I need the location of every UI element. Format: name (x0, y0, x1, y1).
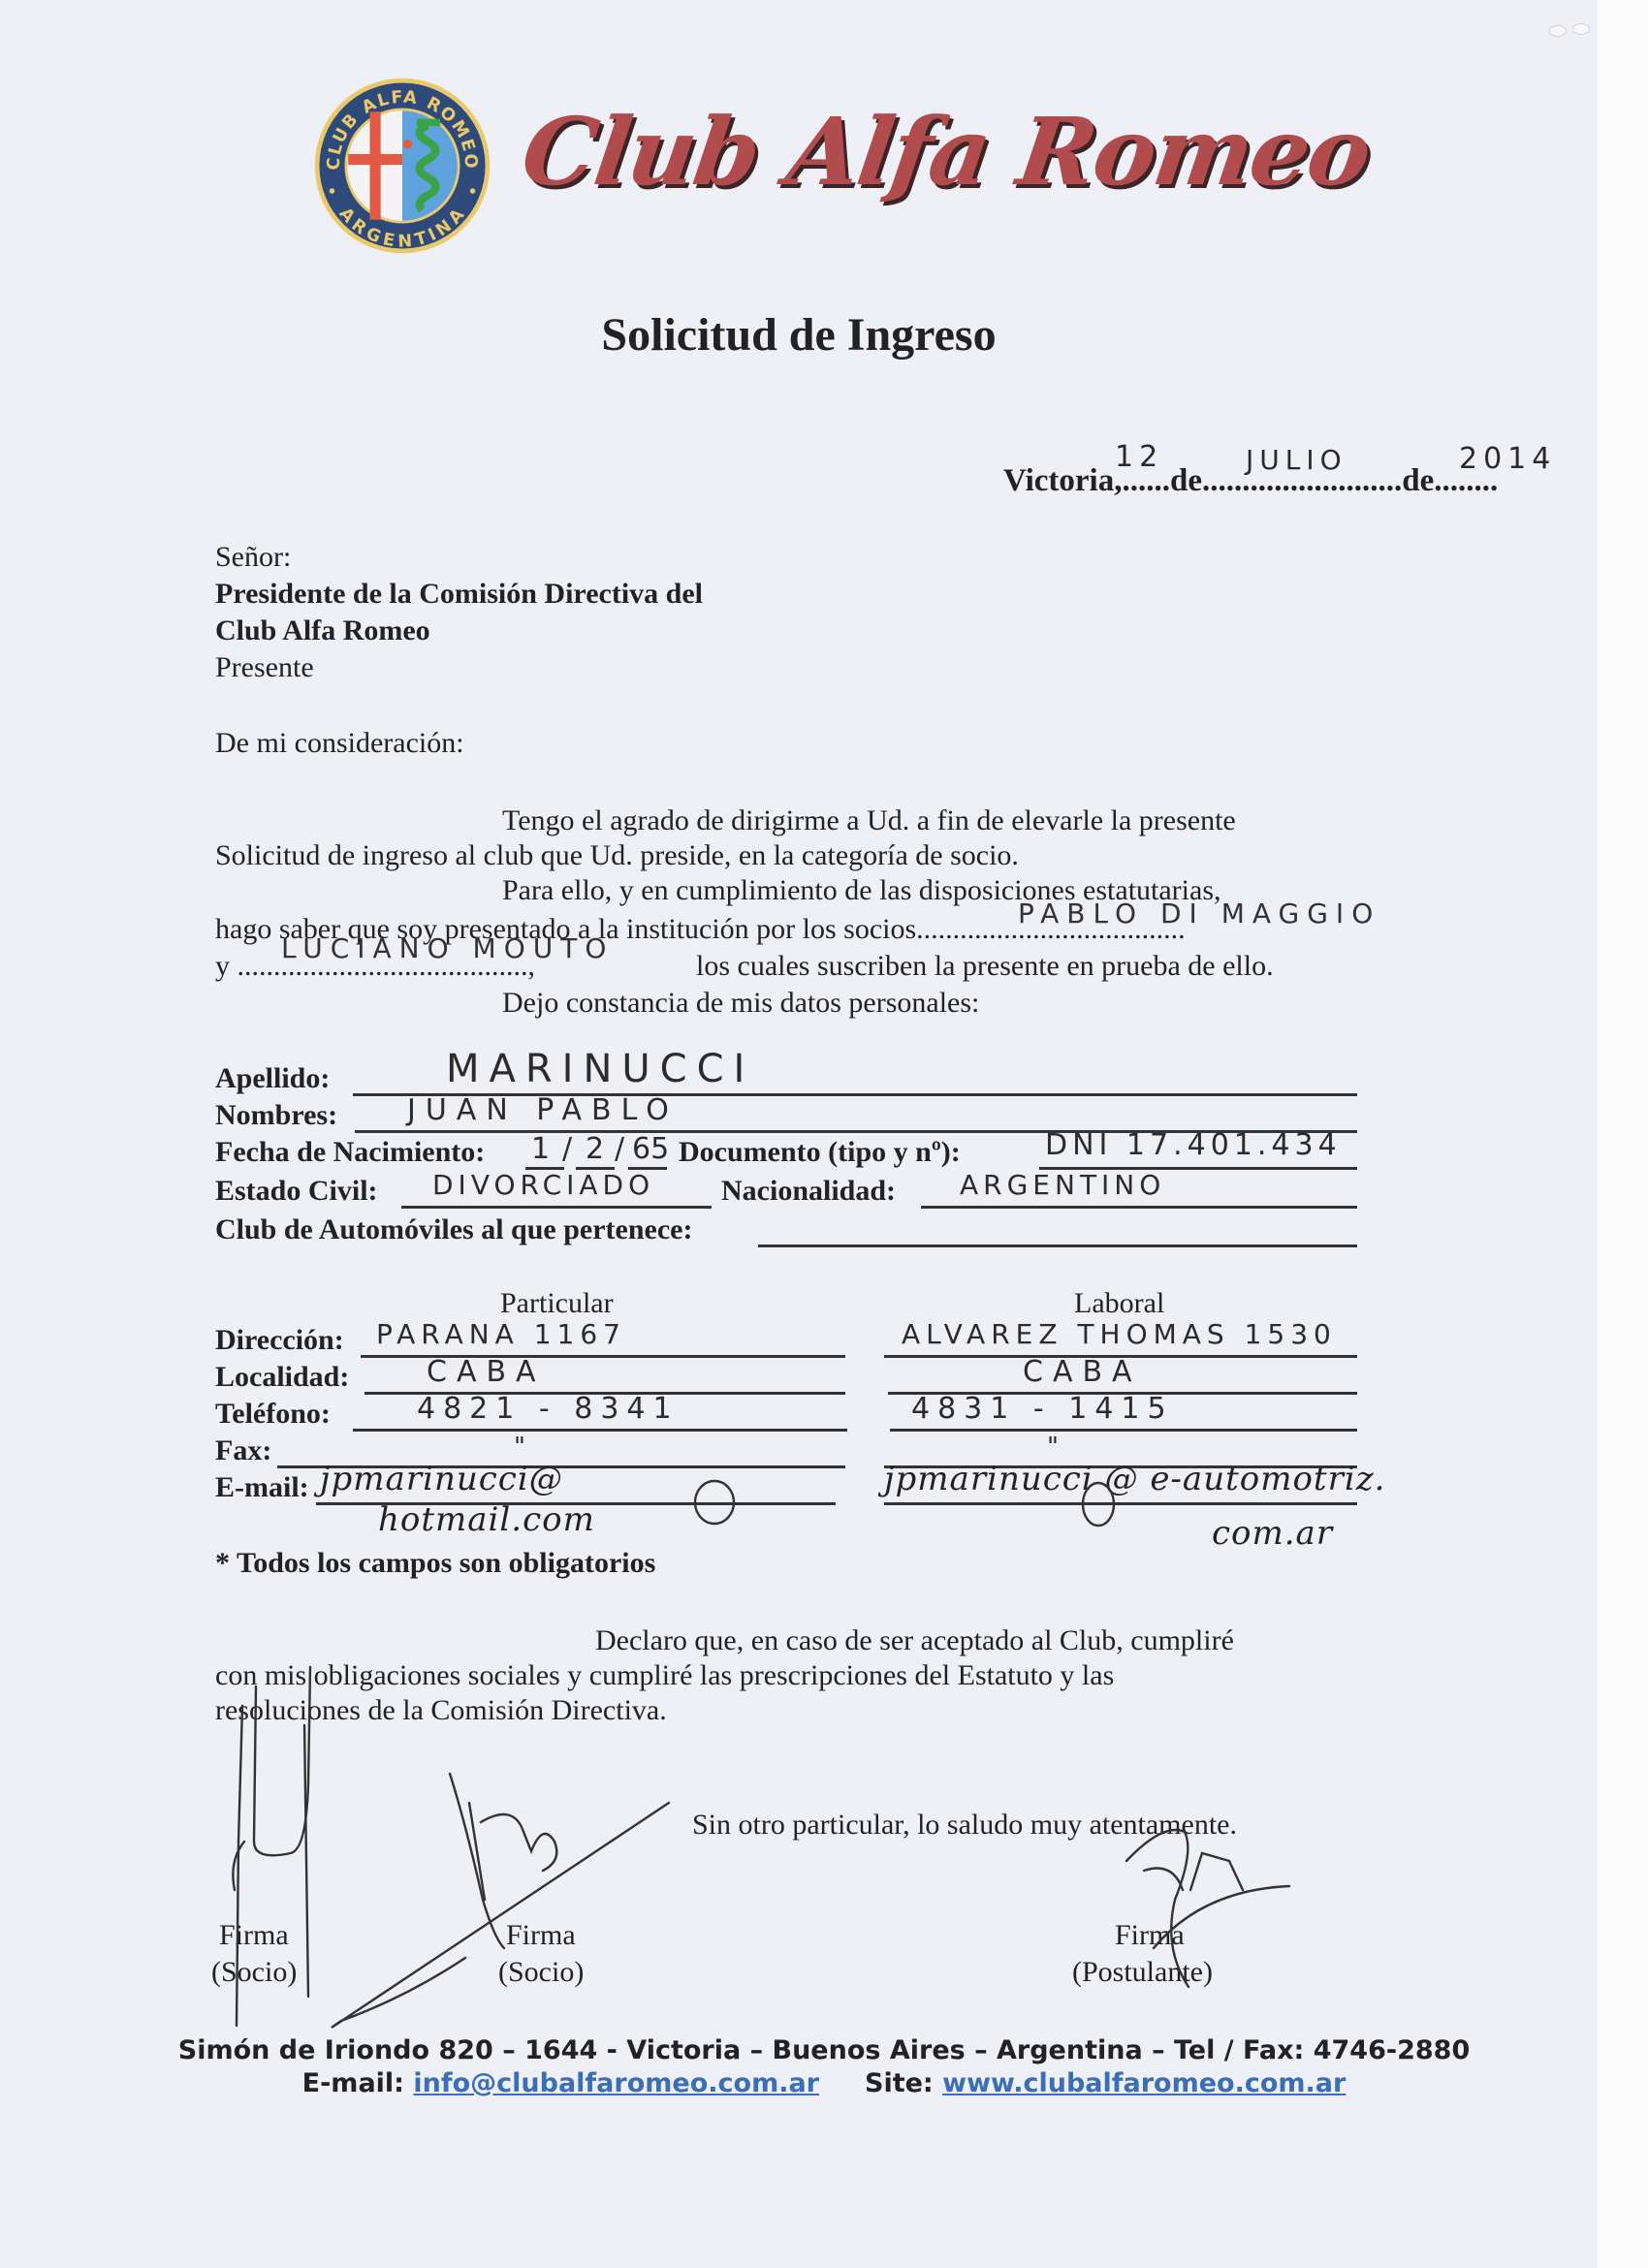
footer-contact: E-mail: info@clubalfaromeo.com.ar Site: … (0, 2068, 1648, 2098)
punch-hole (1572, 23, 1590, 35)
documento-label: Documento (tipo y nº): (679, 1136, 961, 1169)
footer-site-link[interactable]: www.clubalfaromeo.com.ar (942, 2068, 1346, 2098)
estado-civil-underline (401, 1206, 712, 1209)
signature-3-role: (Postulante) (1072, 1956, 1213, 1989)
particular-email-field-cont: hotmail.com (378, 1500, 595, 1539)
particular-telefono-field[interactable]: 4821 - 8341 (417, 1392, 680, 1426)
date-month-value: JULIO (1246, 444, 1347, 476)
nombres-field[interactable]: JUAN PABLO (407, 1093, 679, 1127)
direccion-label: Dirección: (215, 1324, 344, 1357)
laboral-fax-field[interactable]: " (1047, 1433, 1068, 1462)
date-day-value: 12 (1115, 440, 1163, 474)
body-p1-line2: Solicitud de ingreso al club que Ud. pre… (215, 839, 1019, 872)
documento-field[interactable]: DNI 17.401.434 (1045, 1128, 1342, 1162)
nacionalidad-underline (921, 1206, 1357, 1209)
apellido-label: Apellido: (215, 1062, 330, 1095)
addressee-line-2: Club Alfa Romeo (215, 614, 430, 647)
body-p1-line1: Tengo el agrado de dirigirme a Ud. a fin… (502, 804, 1236, 837)
localidad-label: Localidad: (215, 1361, 349, 1394)
body-p3: Dejo constancia de mis datos personales: (502, 987, 979, 1020)
nacimiento-year-field[interactable]: 65 (632, 1132, 669, 1166)
addressee-line-1: Presidente de la Comisión Directiva del (215, 578, 703, 611)
nacimiento-label: Fecha de Nacimiento: (215, 1136, 485, 1169)
nacionalidad-label: Nacionalidad: (721, 1175, 896, 1208)
telefono-label: Teléfono: (215, 1398, 331, 1431)
laboral-direccion-field[interactable]: ALVAREZ THOMAS 1530 (902, 1318, 1337, 1350)
declaration-line1: Declaro que, en caso de ser aceptado al … (595, 1624, 1234, 1657)
salutation: Señor: (215, 541, 291, 574)
signature-3-label: Firma (1115, 1919, 1185, 1952)
particular-telefono-underline (353, 1429, 847, 1432)
nacionalidad-field[interactable]: ARGENTINO (960, 1169, 1165, 1201)
laboral-telefono-underline (890, 1429, 1357, 1432)
column-header-particular: Particular (500, 1287, 614, 1320)
punch-hole (1549, 25, 1567, 37)
date-year-value: 2014 (1459, 442, 1556, 476)
particular-direccion-field[interactable]: PARANA 1167 (376, 1318, 626, 1350)
column-header-laboral: Laboral (1074, 1287, 1164, 1320)
laboral-email-field-cont: com.ar (1212, 1514, 1333, 1553)
laboral-email-field[interactable]: jpmarinucci @ e-automotriz. (884, 1460, 1385, 1498)
closing-text: Sin otro particular, lo saludo muy atent… (692, 1809, 1237, 1842)
email-label: E-mail: (215, 1471, 309, 1504)
signature-2-role: (Socio) (498, 1956, 584, 1989)
brand-wordmark: Club Alfa Romeo (516, 97, 1376, 206)
greeting: De mi consideración: (215, 727, 464, 760)
date-separator: / (562, 1132, 572, 1166)
laboral-email-underline (884, 1502, 1357, 1505)
scan-edge (1598, 0, 1648, 2268)
apellido-field[interactable]: MARINUCCI (446, 1047, 754, 1091)
estado-civil-field[interactable]: DIVORCIADO (432, 1169, 654, 1201)
club-label: Club de Automóviles al que pertenece: (215, 1213, 692, 1246)
signature-1-role: (Socio) (211, 1956, 297, 1989)
footer-email-link[interactable]: info@clubalfaromeo.com.ar (413, 2068, 819, 2098)
footer-address: Simón de Iriondo 820 – 1644 - Victoria –… (0, 2035, 1648, 2065)
sponsor-1-value: PABLO DI MAGGIO (1018, 898, 1380, 929)
signature-1-label: Firma (219, 1919, 289, 1952)
addressee-line-3: Presente (215, 651, 314, 684)
club-logo-icon: CLUB ALFA ROMEO ARGENTINA (312, 76, 492, 256)
footer-email-label: E-mail: (302, 2068, 404, 2098)
estado-civil-label: Estado Civil: (215, 1175, 378, 1208)
required-fields-note: * Todos los campos son obligatorios (215, 1547, 655, 1580)
sponsor-2-value: LUCIANO MOUTO (281, 932, 614, 964)
page-title: Solicitud de Ingreso (0, 308, 1598, 362)
nacimiento-day-field[interactable]: 1 (531, 1132, 550, 1166)
nacimiento-month-field[interactable]: 2 (586, 1132, 604, 1166)
fax-label: Fax: (215, 1434, 271, 1467)
club-underline (758, 1244, 1357, 1247)
particular-email-field[interactable]: jpmarinucci@ (320, 1460, 563, 1498)
nombres-label: Nombres: (215, 1099, 337, 1132)
particular-fax-field[interactable]: " (514, 1433, 535, 1462)
declaration-line2: con mis obligaciones sociales y cumpliré… (215, 1659, 1114, 1692)
signature-2-label: Firma (506, 1919, 576, 1952)
body-p2-line3-suffix: los cuales suscriben la presente en prue… (696, 950, 1274, 983)
footer-site-label: Site: (865, 2068, 934, 2098)
laboral-localidad-field[interactable]: CABA (1023, 1355, 1142, 1389)
laboral-telefono-field[interactable]: 4831 - 1415 (911, 1392, 1174, 1426)
declaration-line3: resoluciones de la Comisión Directiva. (215, 1694, 667, 1727)
date-separator: / (615, 1132, 624, 1166)
particular-localidad-field[interactable]: CABA (427, 1355, 546, 1389)
